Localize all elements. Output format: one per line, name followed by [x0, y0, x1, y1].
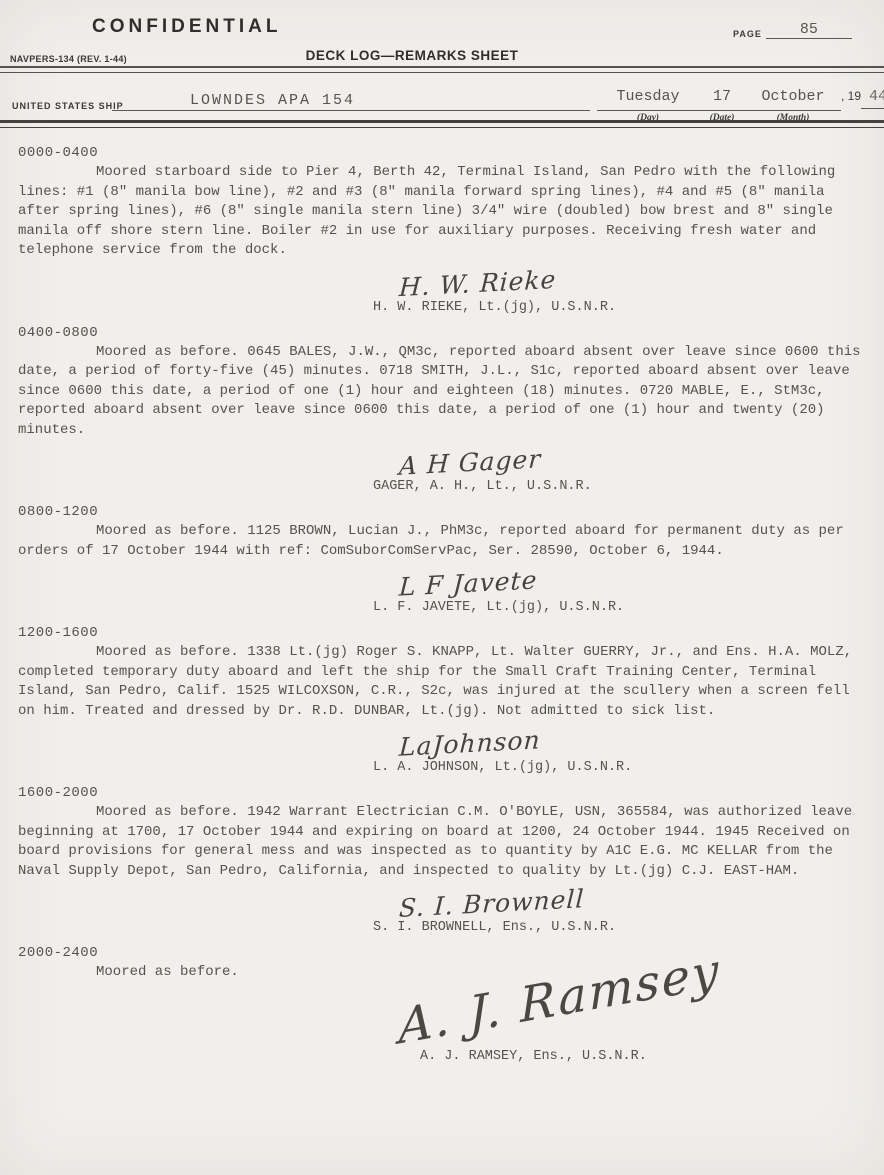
entry-time-range: 0800-1200	[18, 504, 866, 520]
log-entry-2000-2400: 2000-2400 Moored as before. A. J. Ramsey…	[18, 945, 866, 1107]
entry-remarks-text: Moored as before.	[18, 963, 866, 983]
date-underline: Tuesday17October	[597, 86, 841, 111]
ship-line-divider-rule	[0, 120, 884, 128]
page-number-value: 85	[766, 21, 852, 39]
signature-block: S. I. Brownell S. I. BROWNELL, Ens., U.S…	[373, 889, 866, 935]
log-entry-0400-0800: 0400-0800 Moored as before. 0645 BALES, …	[18, 325, 866, 495]
handwritten-signature: H. W. Rieke	[398, 264, 557, 301]
ship-name-value: LOWNDES APA 154	[190, 92, 355, 109]
header-divider-rule	[0, 66, 884, 73]
signature-block: H. W. Rieke H. W. RIEKE, Lt.(jg), U.S.N.…	[373, 269, 866, 315]
log-entry-0000-0400: 0000-0400 Moored starboard side to Pier …	[18, 145, 866, 315]
entry-time-range: 2000-2400	[18, 945, 866, 961]
typed-signature-name: A. J. RAMSEY, Ens., U.S.N.R.	[420, 1049, 647, 1064]
entry-remarks-text: Moored as before. 1125 BROWN, Lucian J.,…	[18, 522, 866, 561]
day-value: Tuesday	[597, 86, 699, 108]
month-value: October	[745, 86, 841, 108]
deck-log-page: CONFIDENTIAL PAGE85 NAVPERS-134 (REV. 1-…	[0, 0, 884, 1175]
typed-signature-name: H. W. RIEKE, Lt.(jg), U.S.N.R.	[373, 300, 616, 315]
remarks-body: 0000-0400 Moored starboard side to Pier …	[18, 142, 866, 1107]
entry-time-range: 0000-0400	[18, 145, 866, 161]
document-title: DECK LOG—REMARKS SHEET	[0, 48, 824, 63]
entry-remarks-text: Moored as before. 1338 Lt.(jg) Roger S. …	[18, 643, 866, 721]
entry-time-range: 1200-1600	[18, 625, 866, 641]
handwritten-signature: A H Gager	[398, 444, 542, 481]
entry-time-range: 1600-2000	[18, 785, 866, 801]
signature-block: A. J. Ramsey A. J. RAMSEY, Ens., U.S.N.R…	[408, 987, 866, 1107]
year-value: 44	[861, 86, 884, 109]
log-entry-1200-1600: 1200-1600 Moored as before. 1338 Lt.(jg)…	[18, 625, 866, 775]
page-label: PAGE	[733, 29, 762, 39]
handwritten-signature: L F Javete	[398, 565, 538, 601]
handwritten-signature: S. I. Brownell	[398, 884, 585, 923]
entry-remarks-text: Moored as before. 1942 Warrant Electrici…	[18, 803, 866, 881]
entry-remarks-text: Moored starboard side to Pier 4, Berth 4…	[18, 163, 866, 261]
ship-label: UNITED STATES SHIP	[12, 101, 124, 111]
typed-signature-name: L. A. JOHNSON, Lt.(jg), U.S.N.R.	[373, 760, 632, 775]
classification-stamp: CONFIDENTIAL	[92, 16, 281, 38]
ship-name-field: LOWNDES APA 154	[112, 86, 590, 111]
date-value: 17	[699, 86, 745, 108]
entry-time-range: 0400-0800	[18, 325, 866, 341]
typed-signature-name: L. F. JAVETE, Lt.(jg), U.S.N.R.	[373, 600, 624, 615]
log-entry-0800-1200: 0800-1200 Moored as before. 1125 BROWN, …	[18, 504, 866, 615]
signature-block: LaJohnson L. A. JOHNSON, Lt.(jg), U.S.N.…	[373, 729, 866, 775]
entry-remarks-text: Moored as before. 0645 BALES, J.W., QM3c…	[18, 343, 866, 441]
signature-block: L F Javete L. F. JAVETE, Lt.(jg), U.S.N.…	[373, 569, 866, 615]
typed-signature-name: GAGER, A. H., Lt., U.S.N.R.	[373, 479, 592, 494]
log-entry-1600-2000: 1600-2000 Moored as before. 1942 Warrant…	[18, 785, 866, 935]
handwritten-signature: LaJohnson	[398, 725, 541, 762]
date-field-group: Tuesday17October, 1944 (Day)(Date)(Month…	[597, 86, 884, 123]
signature-block: A H Gager GAGER, A. H., Lt., U.S.N.R.	[373, 448, 866, 494]
page-number-field: PAGE85	[733, 20, 852, 39]
year-prefix: , 19	[841, 89, 861, 103]
